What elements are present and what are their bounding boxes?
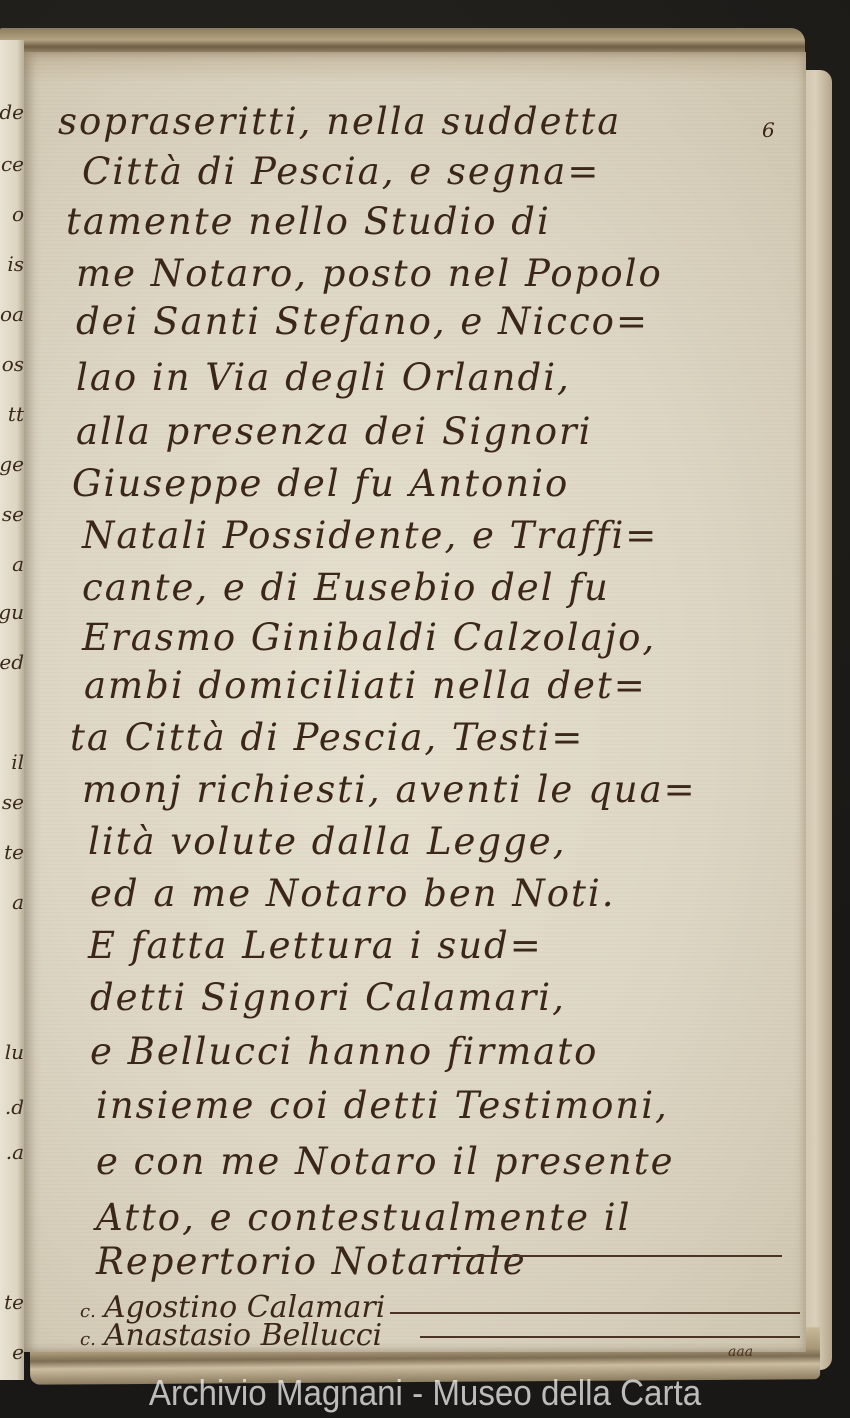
closing-rule [432, 1255, 782, 1257]
facing-page-text: ce [0, 152, 24, 176]
facing-page-text: de [0, 100, 24, 124]
text-line: cante, e di Eusebio del fu [82, 566, 610, 609]
text-line: lao in Via degli Orlandi, [76, 356, 571, 399]
facing-page-fragment: de ce o is oa os. tt ge se a gu ed il se… [0, 40, 24, 1380]
text-line: Atto, e contestualmente il [96, 1196, 631, 1239]
page-stain [24, 52, 806, 82]
text-line: tamente nello Studio di [66, 200, 551, 243]
text-line: e Bellucci hanno firmato [90, 1030, 598, 1073]
signature-name: Anastasio Bellucci [104, 1318, 382, 1353]
text-line: Natali Possidente, e Traffi= [82, 514, 658, 557]
facing-page-text: il [0, 750, 24, 774]
text-line: ed a me Notaro ben Noti. [90, 872, 616, 915]
facing-page-text: a. [0, 1140, 24, 1164]
text-line: ambi domiciliati nella det= [84, 664, 647, 707]
facing-page-text: tt [0, 402, 24, 426]
facing-page-text: is [0, 252, 24, 276]
facing-page-text: se [0, 502, 24, 526]
facing-page-text: te [0, 840, 24, 864]
text-line: me Notaro, posto nel Popolo [76, 252, 663, 295]
text-line: Erasmo Ginibaldi Calzolajo, [82, 616, 656, 659]
bottom-corner-note: aaa [728, 1344, 753, 1360]
facing-page-text: d. [0, 1095, 24, 1119]
facing-page-text: os. [0, 352, 24, 376]
text-line: Repertorio Notariale [96, 1240, 527, 1283]
facing-page-text: lu [0, 1040, 24, 1064]
text-line: Città di Pescia, e segna= [82, 150, 600, 193]
signature-rule [420, 1336, 800, 1338]
text-line: Giuseppe del fu Antonio [72, 462, 569, 505]
signature-bellucci: c.Anastasio Bellucci [80, 1318, 382, 1353]
text-line: ta Città di Pescia, Testi= [70, 716, 584, 759]
archive-watermark: Archivio Magnani - Museo della Carta [34, 1372, 816, 1414]
facing-page-text: ed [0, 650, 24, 674]
text-line: monj richiesti, aventi le qua= [82, 768, 697, 811]
facing-page-text: se [0, 790, 24, 814]
text-line: e con me Notaro il presente [96, 1140, 674, 1183]
text-line: alla presenza dei Signori [76, 410, 593, 453]
text-line: lità volute dalla Legge, [88, 820, 566, 863]
facing-page-text: ge [0, 452, 24, 476]
facing-page-text: gu [0, 600, 24, 624]
facing-page-text: a [0, 552, 24, 576]
signature-mark: c. [80, 1329, 96, 1350]
margin-annotation: 6 [762, 118, 775, 142]
facing-page-text: e [0, 1340, 24, 1364]
facing-page-text: oa [0, 302, 24, 326]
text-line: dei Santi Stefano, e Nicco= [76, 300, 649, 343]
facing-page-text: te [0, 1290, 24, 1314]
text-line: sopraseritti, nella suddetta [58, 100, 621, 143]
text-line: insieme coi detti Testimoni, [96, 1084, 669, 1127]
text-line: E fatta Lettura i sud= [88, 924, 543, 967]
facing-page-text: o [0, 202, 24, 226]
signature-rule [390, 1312, 800, 1314]
facing-page-text: a [0, 890, 24, 914]
text-line: detti Signori Calamari, [90, 976, 566, 1019]
